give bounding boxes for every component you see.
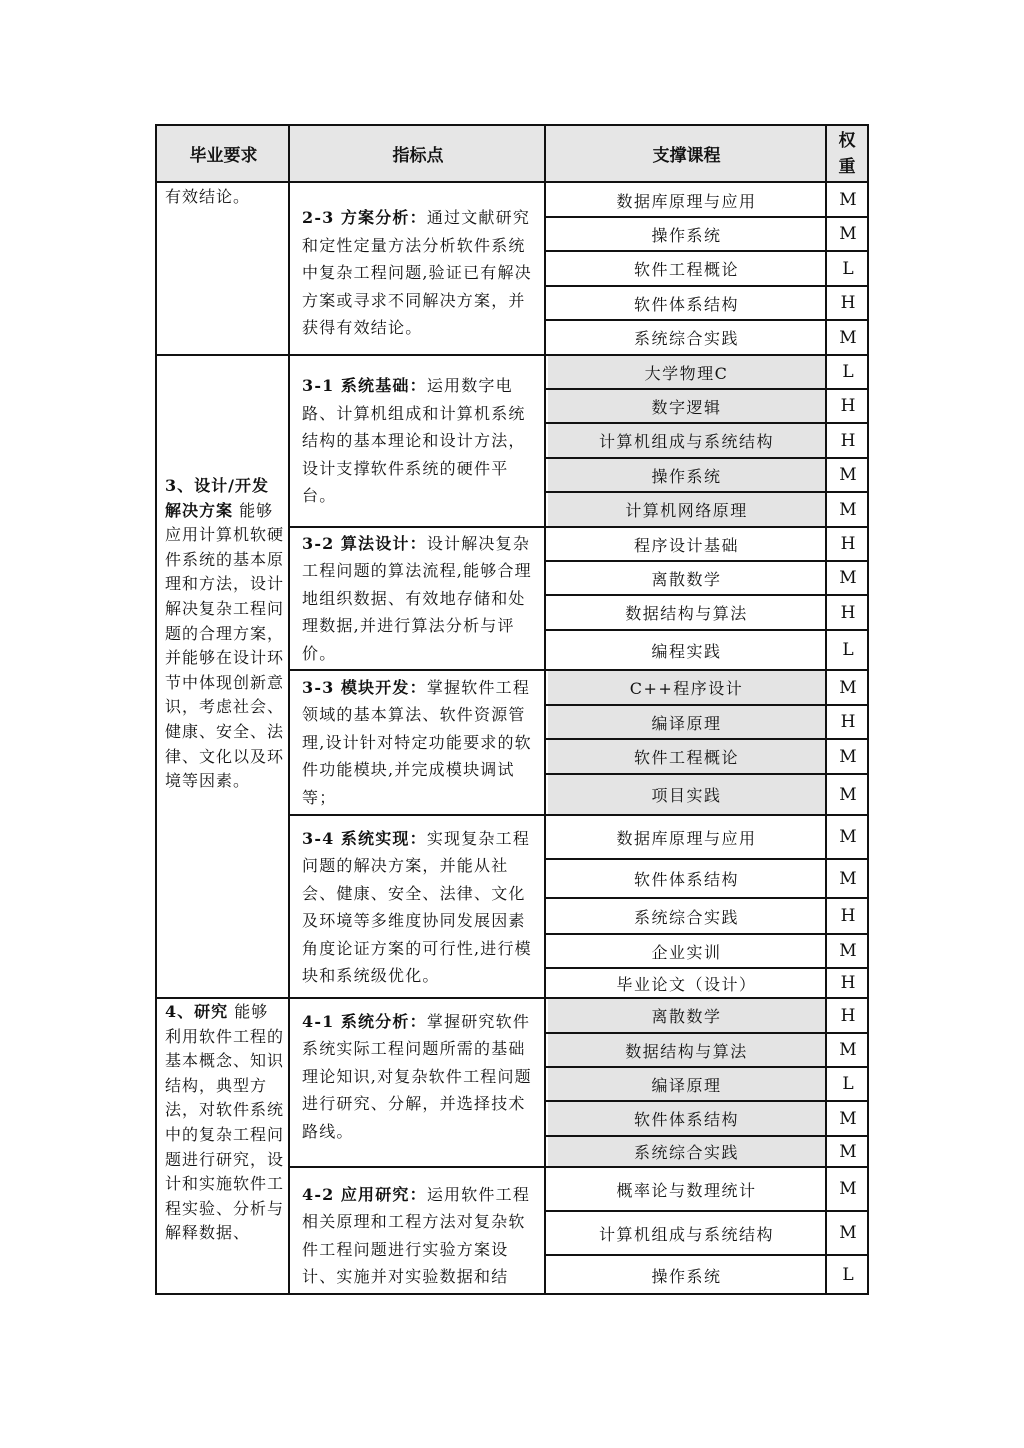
row-divider	[544, 933, 867, 935]
course-name: 软件体系结构	[548, 1102, 825, 1135]
row-divider	[544, 669, 867, 671]
course-weight: M	[829, 670, 867, 705]
requirement-cell: 有效结论。	[157, 183, 290, 353]
course-name: 操作系统	[548, 1256, 825, 1294]
course-weight: L	[829, 630, 867, 670]
row-divider	[544, 1254, 867, 1256]
course-name: 软件体系结构	[548, 287, 825, 319]
row-divider	[544, 1166, 867, 1168]
row-divider	[544, 704, 867, 706]
header-indicator: 指标点	[290, 126, 546, 181]
course-weight: M	[829, 1136, 867, 1167]
course-weight: L	[829, 1255, 867, 1295]
indicator-title: 系统基础：	[341, 376, 427, 395]
course-weight: M	[829, 561, 867, 595]
course-name: 编程实践	[548, 631, 825, 669]
requirement-text: 有效结论。	[165, 187, 250, 206]
row-divider	[544, 526, 867, 528]
course-weight: L	[829, 355, 867, 389]
course-name: 软件体系结构	[548, 860, 825, 897]
row-divider	[544, 1210, 867, 1212]
course-weight: M	[829, 492, 867, 527]
course-name: 项目实践	[548, 775, 825, 814]
row-divider	[544, 997, 867, 999]
course-name: 计算机组成与系统结构	[548, 1212, 825, 1254]
course-name: 编译原理	[548, 706, 825, 738]
row-divider	[544, 1100, 867, 1102]
row-divider	[544, 594, 867, 596]
row-divider	[544, 858, 867, 860]
indicator-code: 3-4	[302, 829, 335, 848]
row-divider	[544, 388, 867, 390]
header-requirement: 毕业要求	[157, 126, 290, 181]
course-weight: M	[829, 934, 867, 968]
row-divider	[544, 560, 867, 562]
indicator-cell: 3-1 系统基础：运用数字电路、计算机组成和计算机系统结构的基本理论和设计方法，…	[292, 355, 546, 527]
row-divider	[544, 1032, 867, 1034]
column-divider	[825, 126, 827, 1293]
indicator-code: 3-1	[302, 376, 335, 395]
course-weight: M	[829, 217, 867, 251]
indicator-cell: 4-1 系统分析：掌握研究软件系统实际工程问题所需的基础理论知识,对复杂软件工程…	[292, 998, 546, 1167]
course-name: 数字逻辑	[548, 390, 825, 422]
course-name: 软件工程概论	[548, 252, 825, 285]
row-divider	[544, 319, 867, 321]
course-name: 系统综合实践	[548, 321, 825, 354]
course-name: 数据结构与算法	[548, 596, 825, 629]
course-name: 软件工程概论	[548, 740, 825, 773]
indicator-cell: 3-4 系统实现：实现复杂工程问题的解决方案，并能从社会、健康、安全、法律、文化…	[292, 815, 546, 998]
indicator-cell: 3-2 算法设计：设计解决复杂工程问题的算法流程,能够合理地组织数据、有效地存储…	[292, 527, 546, 670]
course-weight: H	[829, 595, 867, 630]
course-weight: H	[829, 998, 867, 1033]
indicator-title: 系统实现：	[341, 829, 427, 848]
column-divider	[288, 126, 290, 1293]
course-weight: H	[829, 527, 867, 561]
course-name: 毕业论文（设计）	[548, 969, 825, 997]
row-divider	[544, 897, 867, 899]
row-divider	[544, 250, 867, 252]
requirement-title: 4、研究	[165, 1002, 228, 1021]
row-divider	[544, 216, 867, 218]
course-name: C++程序设计	[548, 671, 825, 704]
column-divider	[544, 126, 546, 1293]
indicator-title: 系统分析：	[341, 1012, 427, 1031]
row-divider	[544, 773, 867, 775]
row-divider	[544, 1066, 867, 1068]
course-weight: H	[829, 286, 867, 320]
row-divider	[544, 422, 867, 424]
row-divider	[544, 354, 867, 356]
course-weight: M	[829, 320, 867, 355]
indicator-title: 模块开发：	[341, 678, 427, 697]
row-divider	[544, 629, 867, 631]
course-weight: H	[829, 968, 867, 998]
row-divider	[544, 491, 867, 493]
course-name: 操作系统	[548, 459, 825, 491]
course-name: 计算机组成与系统结构	[548, 424, 825, 457]
row-divider	[544, 457, 867, 459]
indicator-code: 3-2	[302, 534, 335, 553]
graduation-requirements-table: 毕业要求 指标点 支撑课程 权重 有效结论。 3、设计/开发解决方案 能够应用计…	[155, 124, 869, 1295]
row-divider	[544, 1135, 867, 1137]
requirement-text: 能够利用软件工程的基本概念、知识结构，典型方法，对软件系统中的复杂工程问题进行研…	[165, 1002, 284, 1242]
row-divider	[544, 814, 867, 816]
course-name: 企业实训	[548, 935, 825, 967]
course-weight: M	[829, 1211, 867, 1255]
indicator-title: 方案分析：	[341, 208, 427, 227]
indicator-code: 3-3	[302, 678, 335, 697]
requirement-cell: 3、设计/开发解决方案 能够应用计算机软硬件系统的基本原理和方法，设计解决复杂工…	[157, 355, 290, 996]
indicator-text: 掌握研究软件系统实际工程问题所需的基础理论知识,对复杂软件工程问题进行研究、分解…	[302, 1012, 532, 1141]
course-name: 离散数学	[548, 562, 825, 594]
course-weight: M	[829, 1101, 867, 1136]
course-weight: H	[829, 389, 867, 423]
row-divider	[544, 967, 867, 969]
course-name: 系统综合实践	[548, 899, 825, 933]
course-name: 操作系统	[548, 218, 825, 250]
course-name: 离散数学	[548, 999, 825, 1032]
indicator-code: 2-3	[302, 208, 335, 227]
course-weight: M	[829, 739, 867, 774]
header-courses: 支撑课程	[546, 126, 827, 181]
course-weight: M	[829, 815, 867, 859]
course-weight: M	[829, 183, 867, 217]
indicator-title: 算法设计：	[341, 534, 427, 553]
row-divider	[544, 285, 867, 287]
header-weight: 权重	[827, 126, 867, 181]
course-name: 数据结构与算法	[548, 1034, 825, 1066]
indicator-text: 通过文献研究和定性定量方法分析软件系统中复杂工程问题,验证已有解决方案或寻求不同…	[302, 208, 532, 337]
course-weight: M	[829, 774, 867, 815]
indicator-cell: 2-3 方案分析：通过文献研究和定性定量方法分析软件系统中复杂工程问题,验证已有…	[292, 183, 546, 355]
course-name: 数据库原理与应用	[548, 184, 825, 216]
course-weight: M	[829, 1033, 867, 1067]
course-weight: H	[829, 705, 867, 739]
indicator-text: 掌握软件工程领域的基本算法、软件资源管理,设计针对特定功能要求的软件功能模块,并…	[302, 678, 532, 807]
indicator-text: 运用数字电路、计算机组成和计算机系统结构的基本理论和设计方法，设计支撑软件系统的…	[302, 376, 526, 505]
course-name: 大学物理C	[548, 356, 825, 388]
course-weight: H	[829, 898, 867, 934]
course-name: 计算机网络原理	[548, 493, 825, 526]
indicator-cell: 3-3 模块开发：掌握软件工程领域的基本算法、软件资源管理,设计针对特定功能要求…	[292, 670, 546, 815]
indicator-code: 4-2	[302, 1185, 335, 1204]
course-weight: M	[829, 859, 867, 898]
document-page: 毕业要求 指标点 支撑课程 权重 有效结论。 3、设计/开发解决方案 能够应用计…	[0, 0, 1024, 1448]
course-weight: M	[829, 1167, 867, 1211]
course-name: 数据库原理与应用	[548, 816, 825, 858]
course-weight: H	[829, 423, 867, 458]
row-divider	[157, 181, 867, 183]
course-weight: L	[829, 1067, 867, 1101]
course-weight: L	[829, 251, 867, 286]
indicator-text: 实现复杂工程问题的解决方案，并能从社会、健康、安全、法律、文化及环境等多维度协同…	[302, 829, 532, 985]
requirement-cell: 4、研究 能够利用软件工程的基本概念、知识结构，典型方法，对软件系统中的复杂工程…	[157, 998, 290, 1295]
course-name: 编译原理	[548, 1068, 825, 1100]
course-name: 概率论与数理统计	[548, 1168, 825, 1210]
requirement-text: 能够应用计算机软硬件系统的基本原理和方法，设计解决复杂工程问题的合理方案，并能够…	[165, 501, 284, 791]
indicator-cell: 4-2 应用研究：运用软件工程相关原理和工程方法对复杂软件工程问题进行实验方案设…	[292, 1167, 546, 1295]
indicator-title: 应用研究：	[341, 1185, 427, 1204]
indicator-code: 4-1	[302, 1012, 335, 1031]
course-name: 程序设计基础	[548, 528, 825, 560]
course-weight: M	[829, 458, 867, 492]
course-name: 系统综合实践	[548, 1137, 825, 1166]
indicator-text: 设计解决复杂工程问题的算法流程,能够合理地组织数据、有效地存储和处理数据,并进行…	[302, 534, 532, 663]
row-divider	[544, 738, 867, 740]
